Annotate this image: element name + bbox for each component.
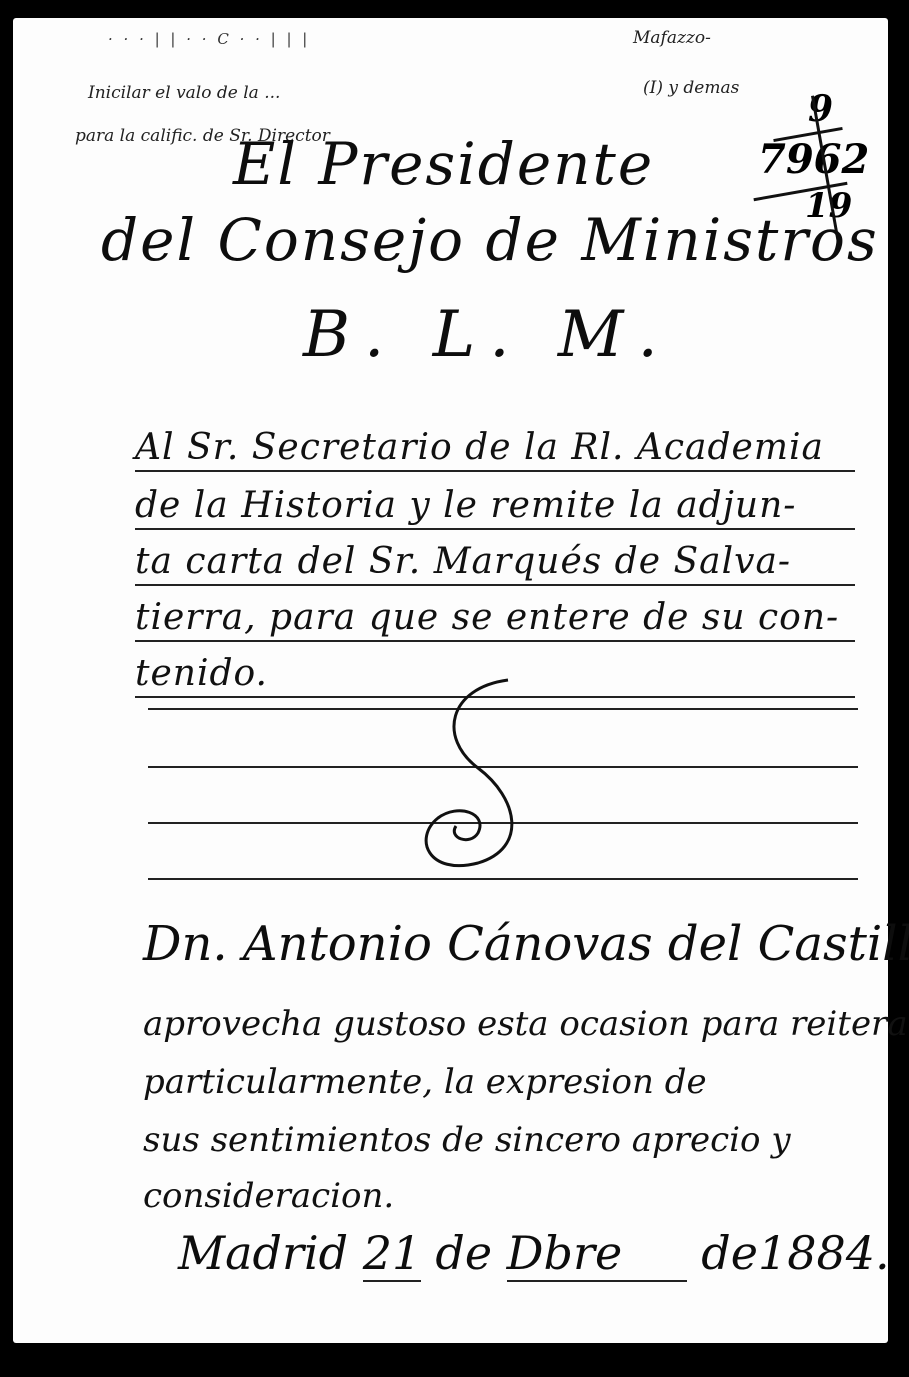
closing-line-4: consideracion. [143, 1168, 394, 1224]
header-council-of-ministers: del Consejo de Ministros [101, 206, 879, 274]
closing-line-1: aprovecha gustoso esta ocasion para reit… [143, 996, 909, 1052]
file-number-top: 9 [808, 88, 833, 130]
date-day: 21 [363, 1226, 421, 1282]
body-line-2: de la Historia y le remite la adjun- [135, 484, 855, 530]
faint-top-notes: · · · | | · · C · · | | | [108, 30, 310, 48]
file-number-middle: 7962 [758, 136, 869, 183]
body-line-1: Al Sr. Secretario de la Rl. Academia [135, 426, 855, 472]
body-line-3: ta carta del Sr. Marqués de Salva- [135, 540, 855, 586]
date-month: Dbre [507, 1226, 687, 1282]
date-year: 1884. [758, 1226, 890, 1280]
date-de-1: de [435, 1226, 492, 1280]
header-initials-blm: B. L. M. [303, 298, 672, 372]
margin-note-line2-right: (I) y demas [643, 78, 739, 98]
closing-line-3: sus sentimientos de sincero aprecio y [143, 1112, 791, 1168]
closing-line-2: particularmente, la expresion de [143, 1054, 707, 1110]
body-line-4: tierra, para que se entere de su con- [135, 596, 855, 642]
margin-note-top-right: Mafazzo- [633, 28, 711, 48]
header-president: El Presidente [233, 130, 654, 198]
empty-rule-4 [148, 878, 858, 880]
margin-note-line2-left: Inicilar el valo de la ... [88, 83, 280, 103]
date-line: Madrid 21 de Dbre de1884. [178, 1226, 890, 1282]
signature-name: Dn. Antonio Cánovas del Castillo [143, 916, 909, 972]
flourish-mark-icon [408, 678, 548, 878]
date-de-2: de [701, 1226, 758, 1280]
date-place: Madrid [178, 1226, 348, 1280]
letter-page: · · · | | · · C · · | | | Mafazzo- Inici… [13, 18, 888, 1343]
